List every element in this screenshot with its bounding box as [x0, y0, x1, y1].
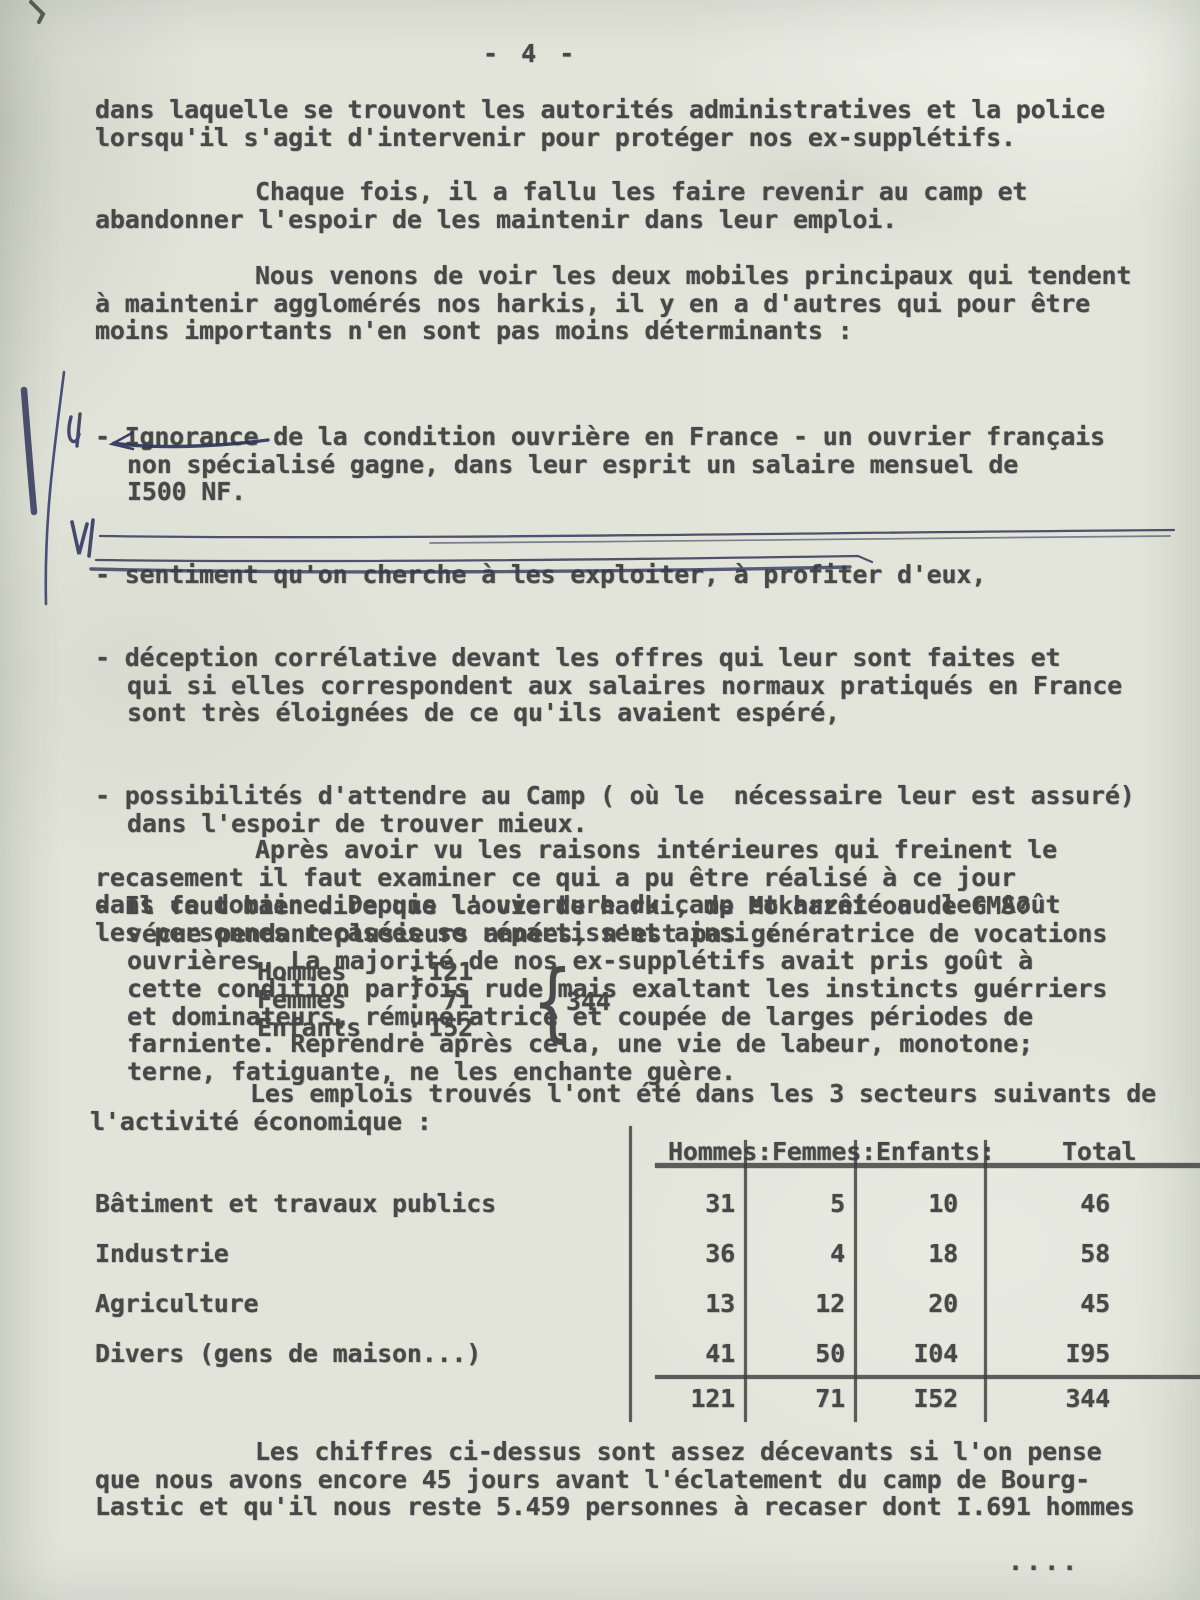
scanned-document-page: - 4 - dans laquelle se trouvont les auto…	[0, 0, 1200, 1600]
table-column-divider	[984, 1140, 987, 1422]
brace-glyph: {	[532, 950, 562, 1054]
paragraph: Nous venons de voir les deux mobiles pri…	[95, 262, 1195, 345]
paragraph: dans laquelle se trouvont les autorités …	[95, 96, 1195, 151]
table-header-total: Total	[1062, 1138, 1182, 1166]
row-label: Bâtiment et travaux publics	[95, 1190, 635, 1218]
corner-pencil-mark	[31, 2, 43, 22]
margin-line-long	[46, 372, 64, 604]
list-item: - sentiment qu'on cherche à les exploite…	[95, 561, 1200, 589]
total-hommes: 121	[640, 1385, 735, 1413]
cell-enfants: I04	[860, 1340, 958, 1368]
paragraph: Les emplois trouvés l'ont été dans les 3…	[90, 1080, 1190, 1135]
cell-total: 45	[990, 1290, 1110, 1318]
paragraph: Après avoir vu les raisons intérieures q…	[95, 836, 1195, 946]
row-label: Agriculture	[95, 1290, 635, 1318]
margin-mark-vi	[72, 520, 93, 556]
table-column-divider	[744, 1140, 747, 1422]
cell-hommes: 31	[640, 1190, 735, 1218]
table-total-rule	[655, 1375, 1200, 1379]
cell-total: 58	[990, 1240, 1110, 1268]
cell-hommes: 41	[640, 1340, 735, 1368]
list-item: - Ignorance de la condition ouvrière en …	[95, 423, 1200, 506]
page-number: - 4 -	[483, 40, 683, 68]
stats-value: 71	[380, 986, 473, 1014]
table-header-group: Hommes:Femmes:Enfants:	[668, 1138, 1028, 1166]
cell-femmes: 5	[750, 1190, 845, 1218]
cell-enfants: 10	[860, 1190, 958, 1218]
stats-separator: :	[407, 1014, 1200, 1042]
stats-separator: :	[407, 986, 1200, 1014]
total-general: 344	[990, 1385, 1110, 1413]
list-item: - déception corrélative devant les offre…	[95, 644, 1200, 727]
total-enfants: I52	[860, 1385, 958, 1413]
cell-total: 46	[990, 1190, 1110, 1218]
cell-total: I95	[990, 1340, 1110, 1368]
continuation-dots: ....	[1008, 1548, 1128, 1576]
cell-femmes: 4	[750, 1240, 845, 1268]
row-label: Divers (gens de maison...)	[95, 1340, 635, 1368]
cell-femmes: 12	[750, 1290, 845, 1318]
margin-mark-u	[69, 414, 80, 446]
paragraph: Les chiffres ci-dessus sont assez déceva…	[95, 1438, 1195, 1521]
margin-line-heavy	[24, 390, 34, 512]
table-border-left	[629, 1126, 632, 1422]
stats-value: I52	[380, 1014, 473, 1042]
cell-femmes: 50	[750, 1340, 845, 1368]
table-header-rule	[655, 1163, 1200, 1168]
stats-separator: :	[407, 958, 1200, 986]
stats-total: 344	[566, 988, 676, 1016]
total-femmes: 71	[750, 1385, 845, 1413]
stats-value: I21	[380, 958, 473, 986]
paragraph: Chaque fois, il a fallu les faire reveni…	[95, 178, 1195, 233]
cell-hommes: 36	[640, 1240, 735, 1268]
table-column-divider	[854, 1140, 857, 1422]
cell-hommes: 13	[640, 1290, 735, 1318]
cell-enfants: 18	[860, 1240, 958, 1268]
row-label: Industrie	[95, 1240, 635, 1268]
list-item: - possibilités d'attendre au Camp ( où l…	[95, 782, 1200, 837]
cell-enfants: 20	[860, 1290, 958, 1318]
